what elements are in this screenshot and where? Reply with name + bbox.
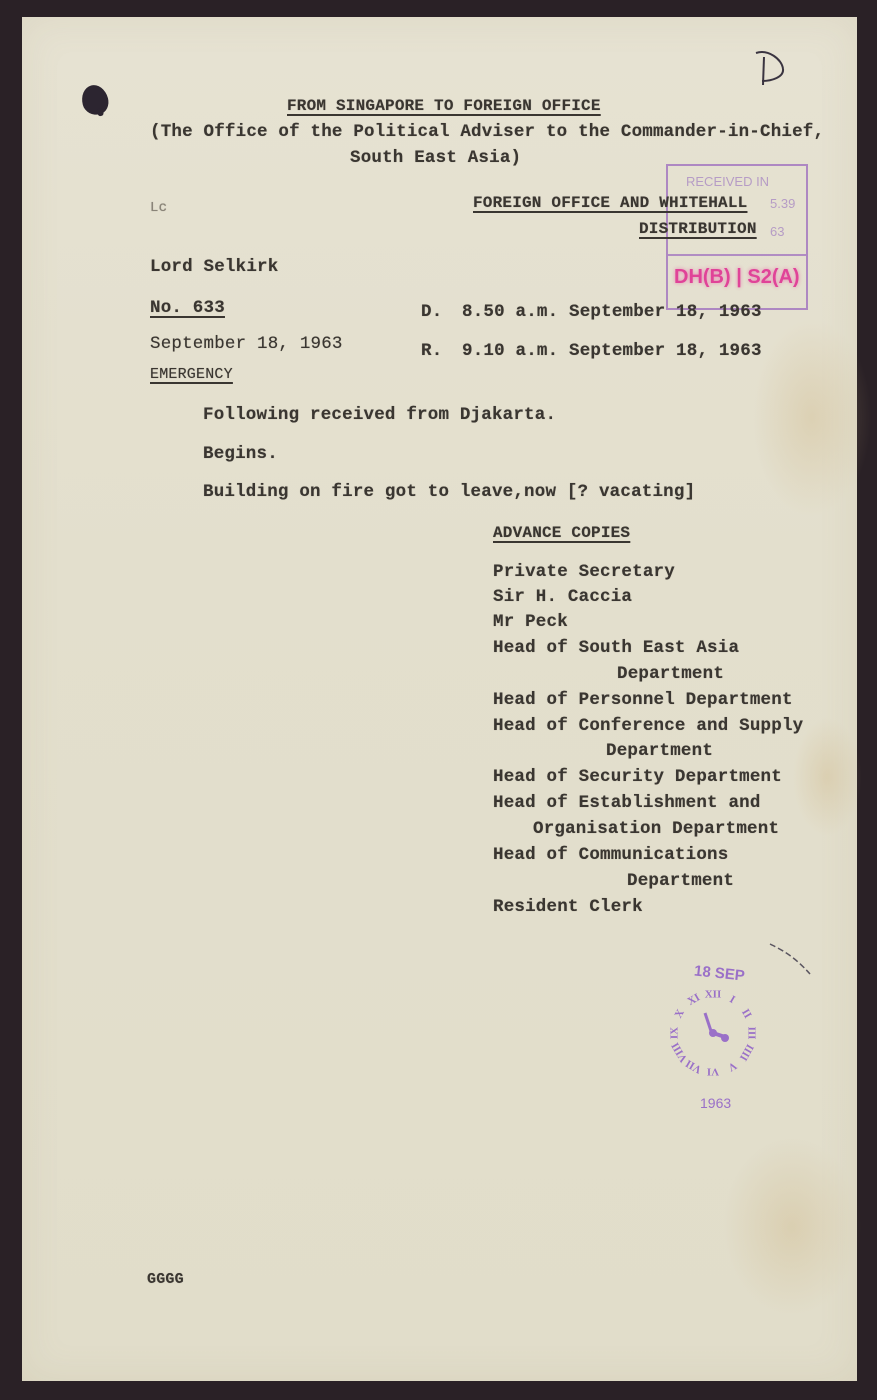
advance-copy-item-cont: Department	[627, 871, 734, 891]
svg-text:I: I	[727, 993, 737, 1006]
svg-text:III: III	[745, 1027, 757, 1040]
stamp-year: 1963	[700, 1095, 731, 1111]
stamp-received-text: RECEIVED IN	[686, 174, 769, 189]
footer-code: GGGG	[147, 1271, 184, 1288]
advance-copy-item-cont: Department	[606, 741, 713, 761]
svg-text:XI: XI	[685, 991, 702, 1008]
received-time: 9.10 a.m. September 18, 1963	[462, 341, 762, 361]
handwritten-d-annotation	[750, 45, 786, 87]
advance-copies-heading: ADVANCE COPIES	[493, 524, 630, 542]
handwritten-distribution-note: DH(B) | S2(A)	[674, 266, 800, 289]
despatched-time: 8.50 a.m. September 18, 1963	[462, 302, 762, 322]
body-line-begins: Begins.	[203, 444, 278, 464]
document-title: FROM SINGAPORE TO FOREIGN OFFICE	[287, 97, 601, 115]
despatched-label: D.	[421, 302, 442, 322]
stamp-divider	[668, 254, 806, 256]
svg-text:IX: IX	[669, 1027, 681, 1039]
advance-copy-item: Head of Personnel Department	[493, 690, 793, 710]
faint-mark: Lc	[150, 200, 167, 216]
advance-copy-item: Head of Security Department	[493, 767, 782, 787]
distribution-heading-cont: DISTRIBUTION	[639, 220, 757, 238]
svg-text:VIII: VIII	[669, 1040, 690, 1064]
document-subtitle-cont: South East Asia)	[350, 148, 521, 168]
telegram-date: September 18, 1963	[150, 334, 343, 354]
stamp-day-month: 18 SEP	[693, 962, 745, 984]
paper-stain	[722, 1137, 862, 1317]
advance-copy-item: Resident Clerk	[493, 897, 643, 917]
advance-copy-item: Mr Peck	[493, 612, 568, 632]
advance-copy-item: Head of Communications	[493, 845, 728, 865]
stamp-time-text: 5.39	[770, 196, 795, 211]
svg-text:V: V	[726, 1059, 739, 1073]
stamp-year-text: 63	[770, 224, 784, 239]
clock-dial-icon: XIIIIIIIIIIIIVVIVIIVIIIIXXXI	[665, 985, 761, 1081]
advance-copy-item: Private Secretary	[493, 562, 675, 582]
svg-text:VI: VI	[707, 1065, 719, 1077]
advance-copy-item-cont: Department	[617, 664, 724, 684]
svg-text:X: X	[673, 1007, 687, 1020]
telegram-number: No. 633	[150, 298, 225, 318]
body-line-source: Following received from Djakarta.	[203, 405, 556, 425]
svg-text:II: II	[739, 1007, 754, 1020]
distribution-heading: FOREIGN OFFICE AND WHITEHALL	[473, 194, 747, 212]
received-label: R.	[421, 341, 442, 361]
advance-copy-item: Head of Establishment and	[493, 793, 761, 813]
priority-label: EMERGENCY	[150, 366, 233, 383]
advance-copy-item: Head of Conference and Supply	[493, 716, 803, 736]
advance-copy-item-cont: Organisation Department	[533, 819, 779, 839]
advance-copy-item: Sir H. Caccia	[493, 587, 632, 607]
advance-copy-item: Head of South East Asia	[493, 638, 739, 658]
document-subtitle: (The Office of the Political Adviser to …	[150, 122, 824, 142]
svg-text:XII: XII	[705, 989, 722, 1001]
recipient-name: Lord Selkirk	[150, 257, 278, 277]
body-line-message: Building on fire got to leave,now [? vac…	[203, 482, 695, 502]
date-received-stamp: 18 SEP XIIIIIIIIIIIIVVIVIIVIIIIXXXI 1963	[660, 960, 780, 1120]
paper-stain	[752, 317, 872, 517]
svg-text:IIII: IIII	[737, 1042, 756, 1063]
